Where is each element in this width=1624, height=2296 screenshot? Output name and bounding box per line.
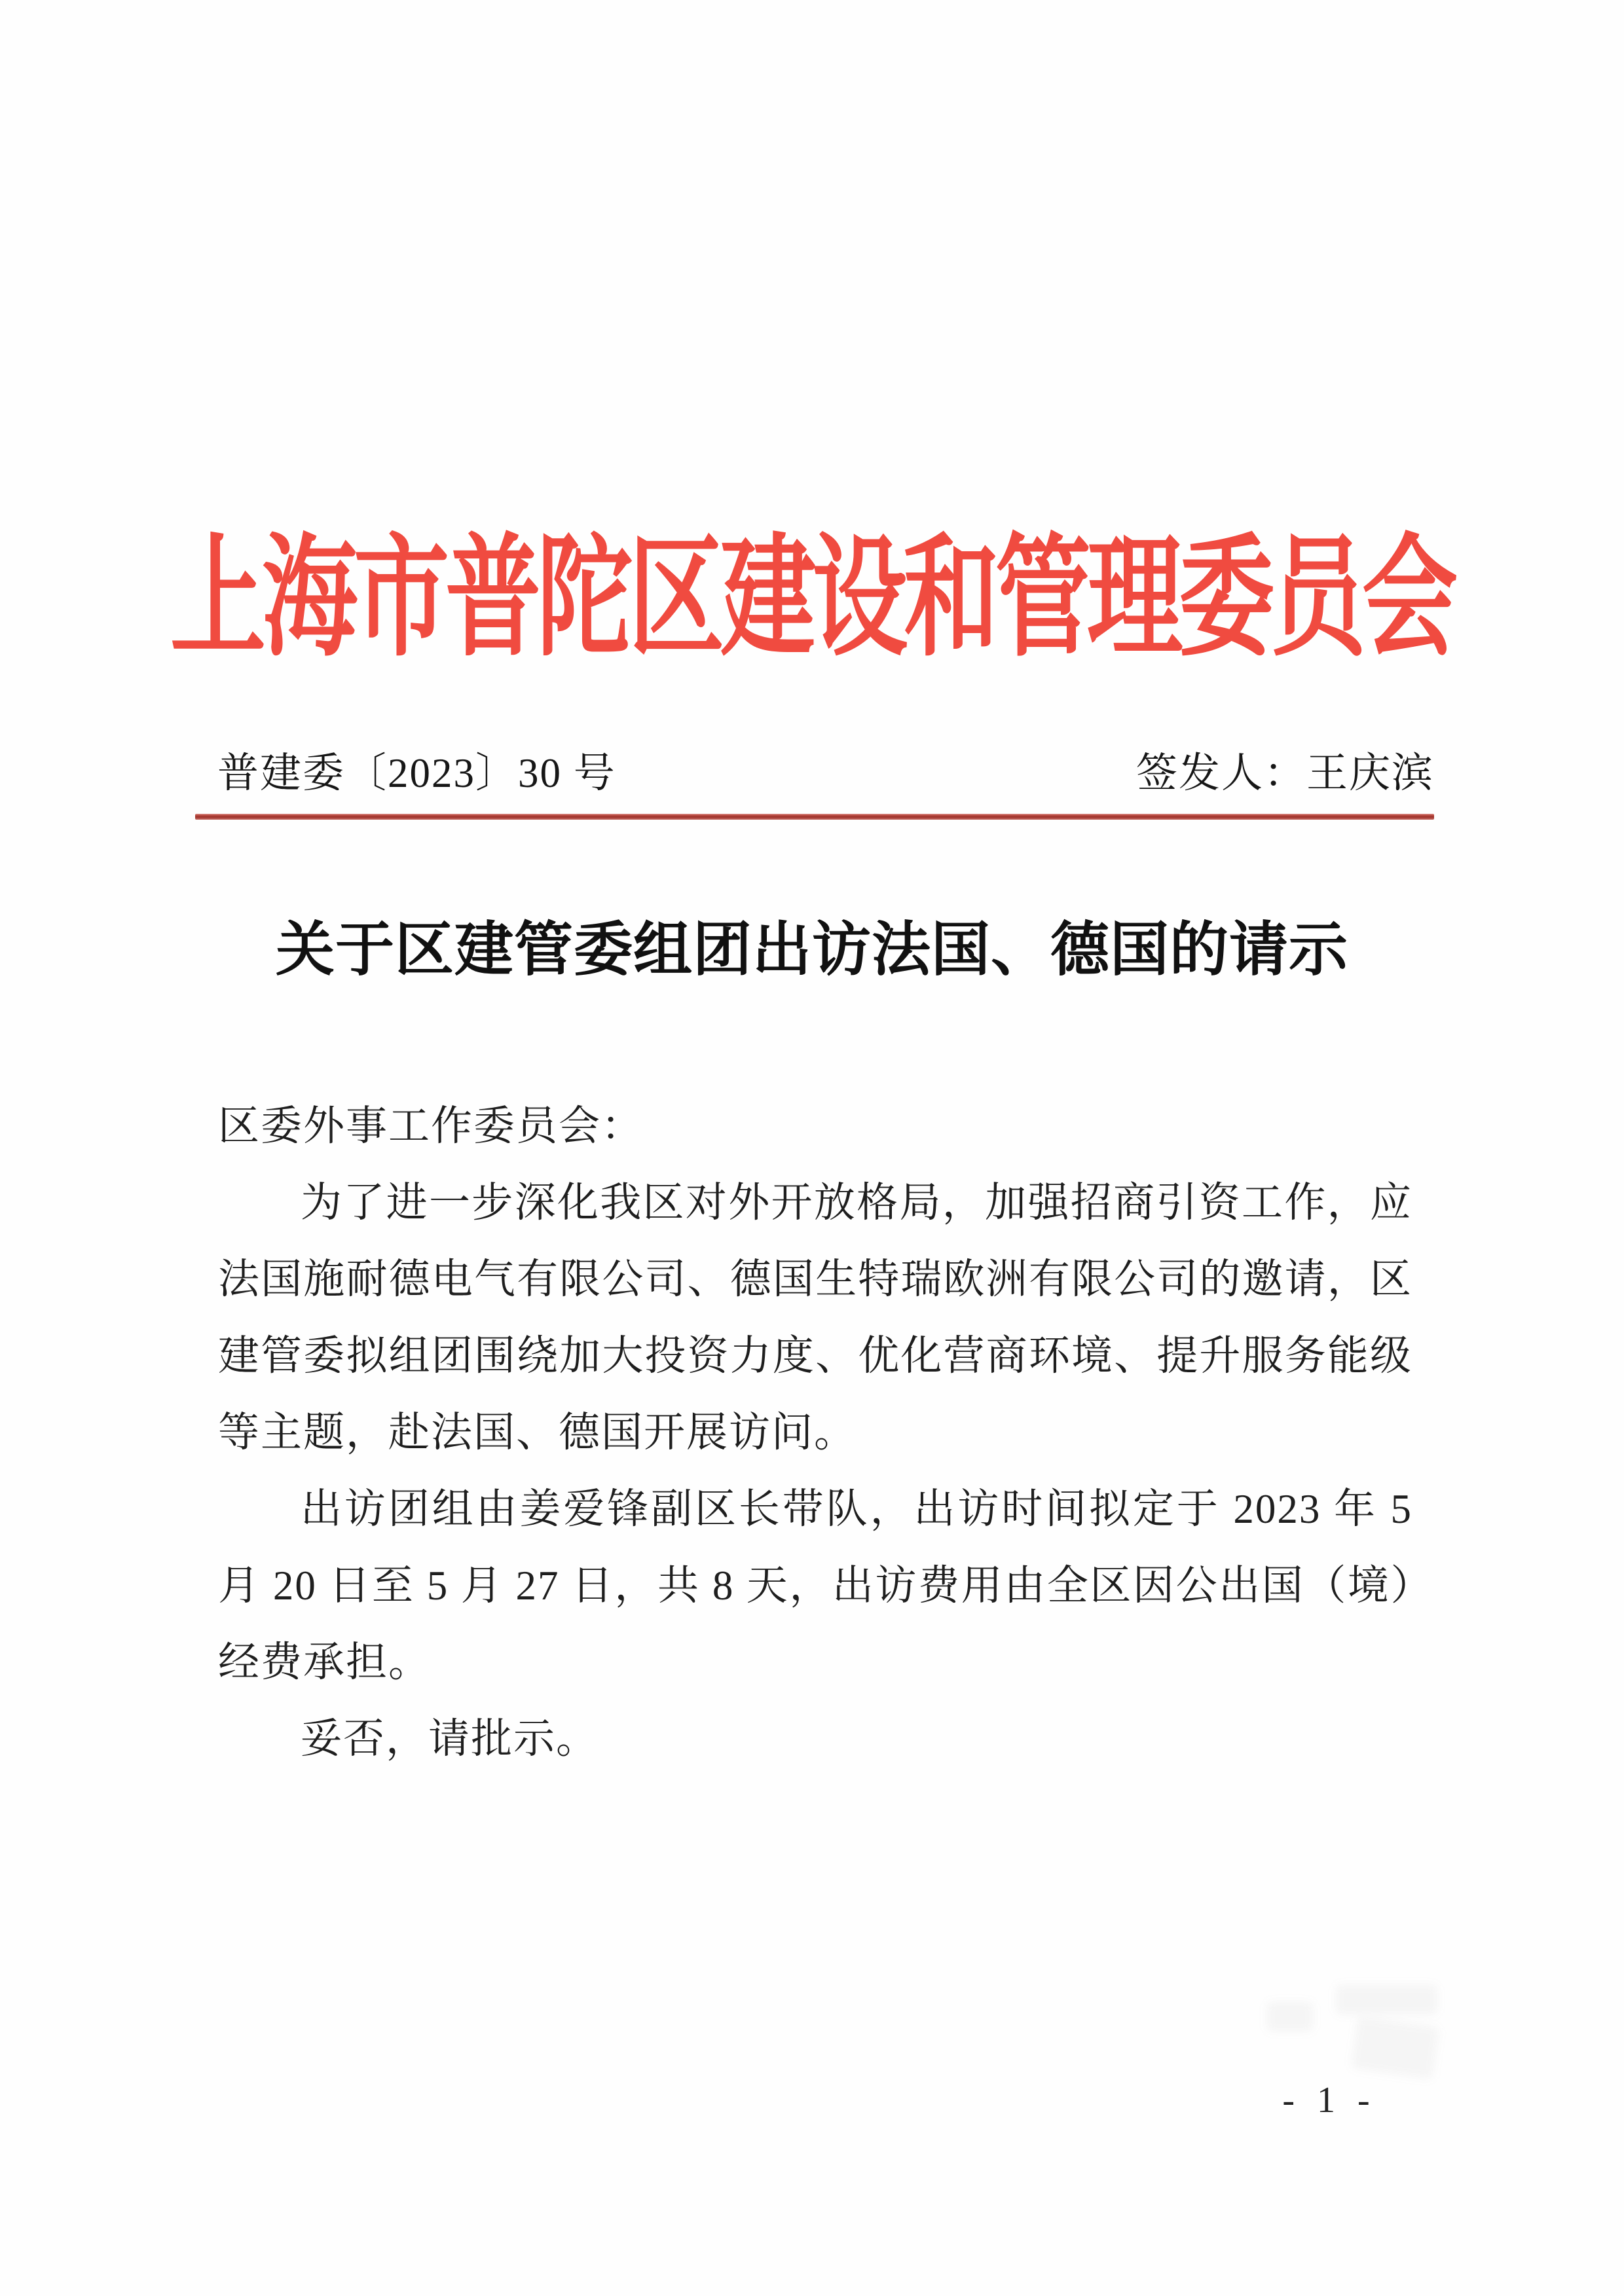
issuer-label: 签发人： xyxy=(1136,750,1306,796)
scan-bleed-artifact xyxy=(1267,2002,1313,2032)
document-body: 区委外事工作委员会： 为了进一步深化我区对外开放格局，加强招商引资工作，应法国施… xyxy=(218,1088,1412,1777)
issuer: 签发人：王庆滨 xyxy=(1136,752,1434,795)
scan-bleed-artifact xyxy=(1351,2016,1439,2080)
scan-bleed-artifact xyxy=(1336,1985,1437,2014)
doc-number: 普建委〔2023〕30 号 xyxy=(217,752,616,795)
issuer-name: 王庆滨 xyxy=(1306,750,1434,796)
body-paragraph: 为了进一步深化我区对外开放格局，加强招商引资工作，应法国施耐德电气有限公司、德国… xyxy=(218,1165,1412,1471)
letterhead-org-title: 上海市普陀区建设和管理委员会 xyxy=(0,533,1624,665)
page-number: - 1 - xyxy=(1261,2079,1398,2121)
body-paragraph: 妥否，请批示。 xyxy=(218,1701,1412,1777)
doc-meta-row: 普建委〔2023〕30 号 签发人：王庆滨 xyxy=(217,752,1434,795)
document-title: 关于区建管委组团出访法国、德国的请示 xyxy=(0,918,1624,983)
red-divider-line xyxy=(195,814,1434,820)
scanned-document-page: 上海市普陀区建设和管理委员会 普建委〔2023〕30 号 签发人：王庆滨 关于区… xyxy=(0,0,1624,2296)
salutation-line: 区委外事工作委员会： xyxy=(218,1088,1412,1165)
body-paragraph: 出访团组由姜爱锋副区长带队，出访时间拟定于 2023 年 5 月 20 日至 5… xyxy=(218,1471,1412,1701)
